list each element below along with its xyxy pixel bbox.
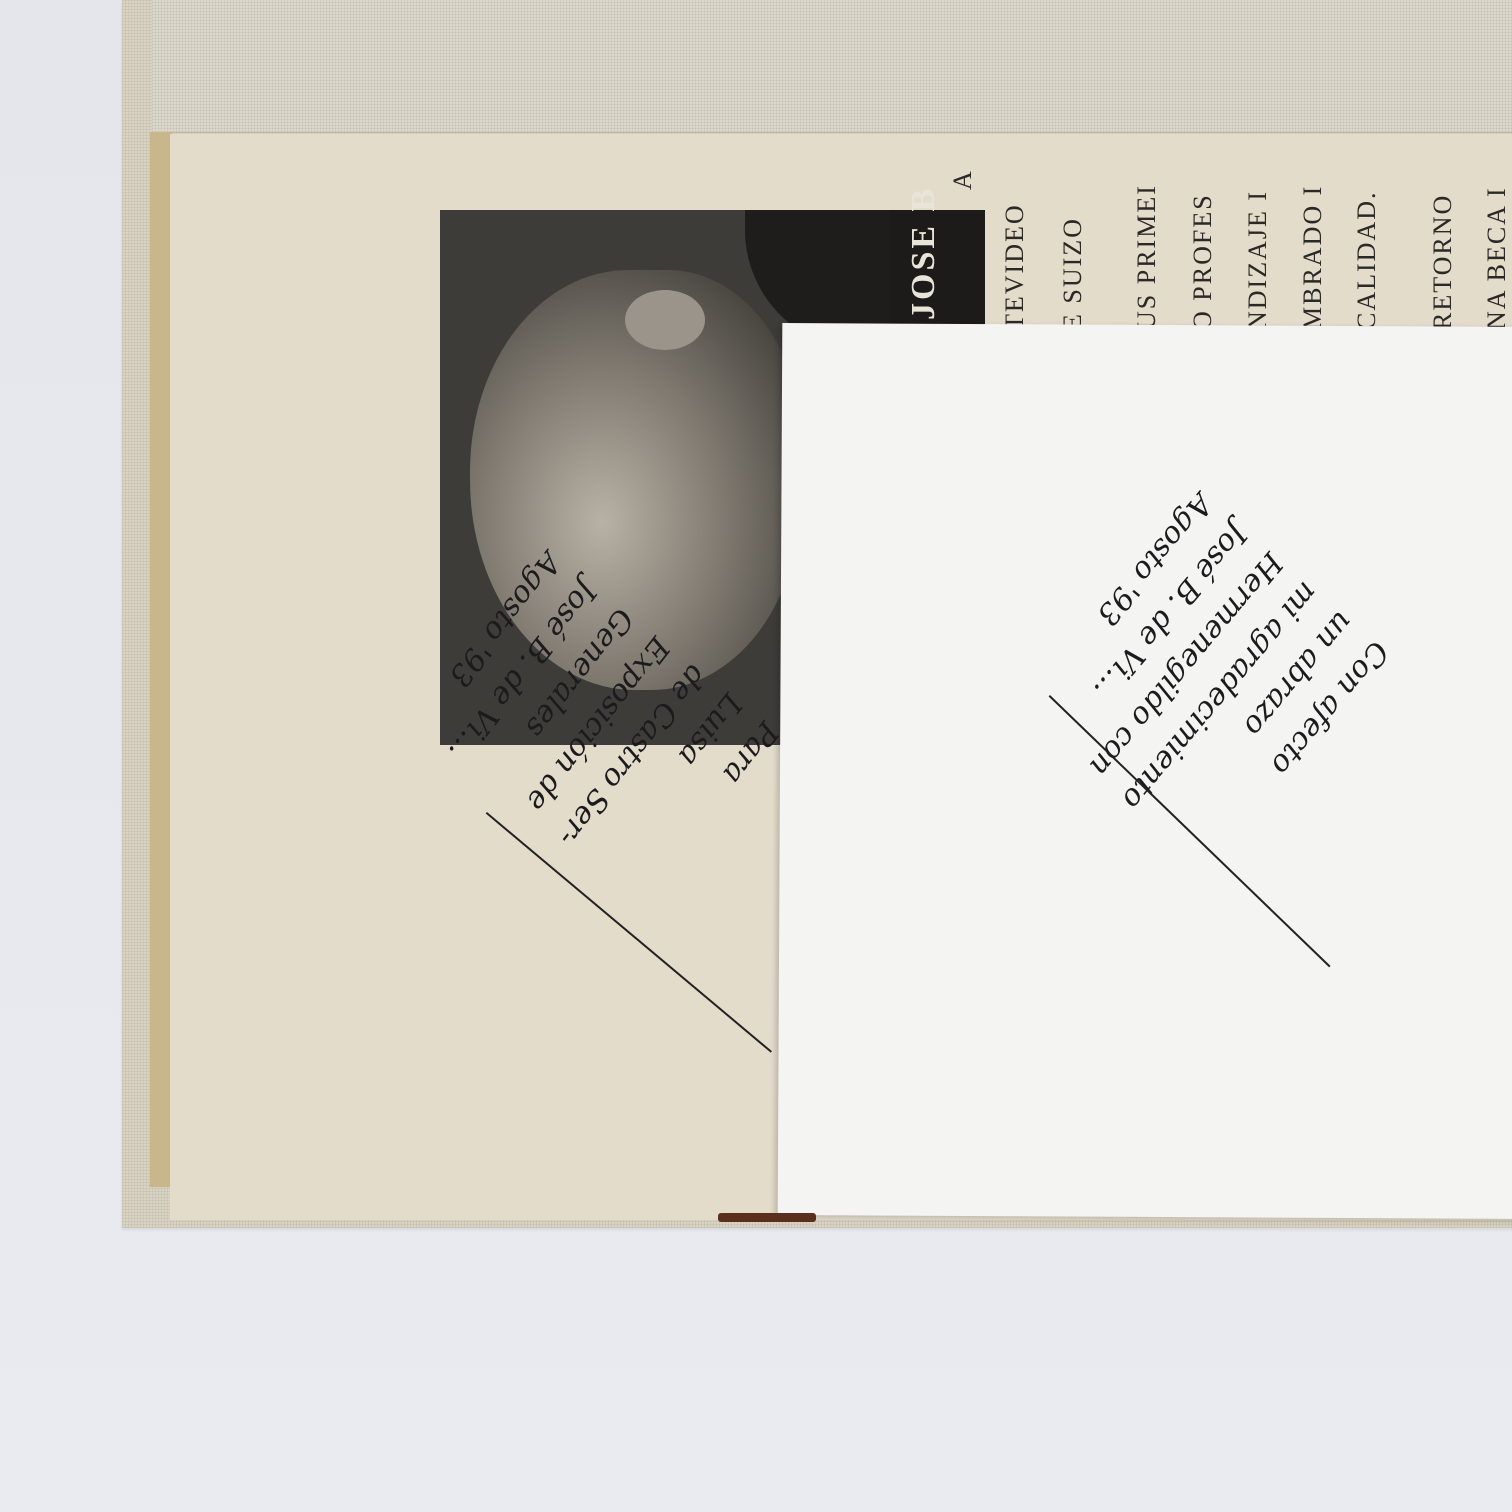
text-column: RETORNO (1428, 194, 1458, 330)
text-column: E SUIZO (1058, 217, 1088, 330)
linen-top-band (152, 0, 1512, 133)
text-column: NDIZAJE I (1243, 190, 1273, 330)
page-title: JOSE B (905, 186, 943, 320)
text-column: MBRADO I (1298, 185, 1328, 330)
text-column: TEVIDEO (1000, 203, 1030, 330)
photo-ear (625, 290, 705, 350)
text-column: CALIDAD. (1352, 191, 1382, 331)
paper-clip (718, 1213, 816, 1222)
text-column: US PRIMEI (1132, 184, 1162, 330)
endpaper-strip (150, 132, 172, 1187)
text-column: O PROFES (1188, 193, 1218, 330)
text-column: NA BECA I (1482, 186, 1512, 330)
subtitle-fragment: A (948, 169, 978, 190)
